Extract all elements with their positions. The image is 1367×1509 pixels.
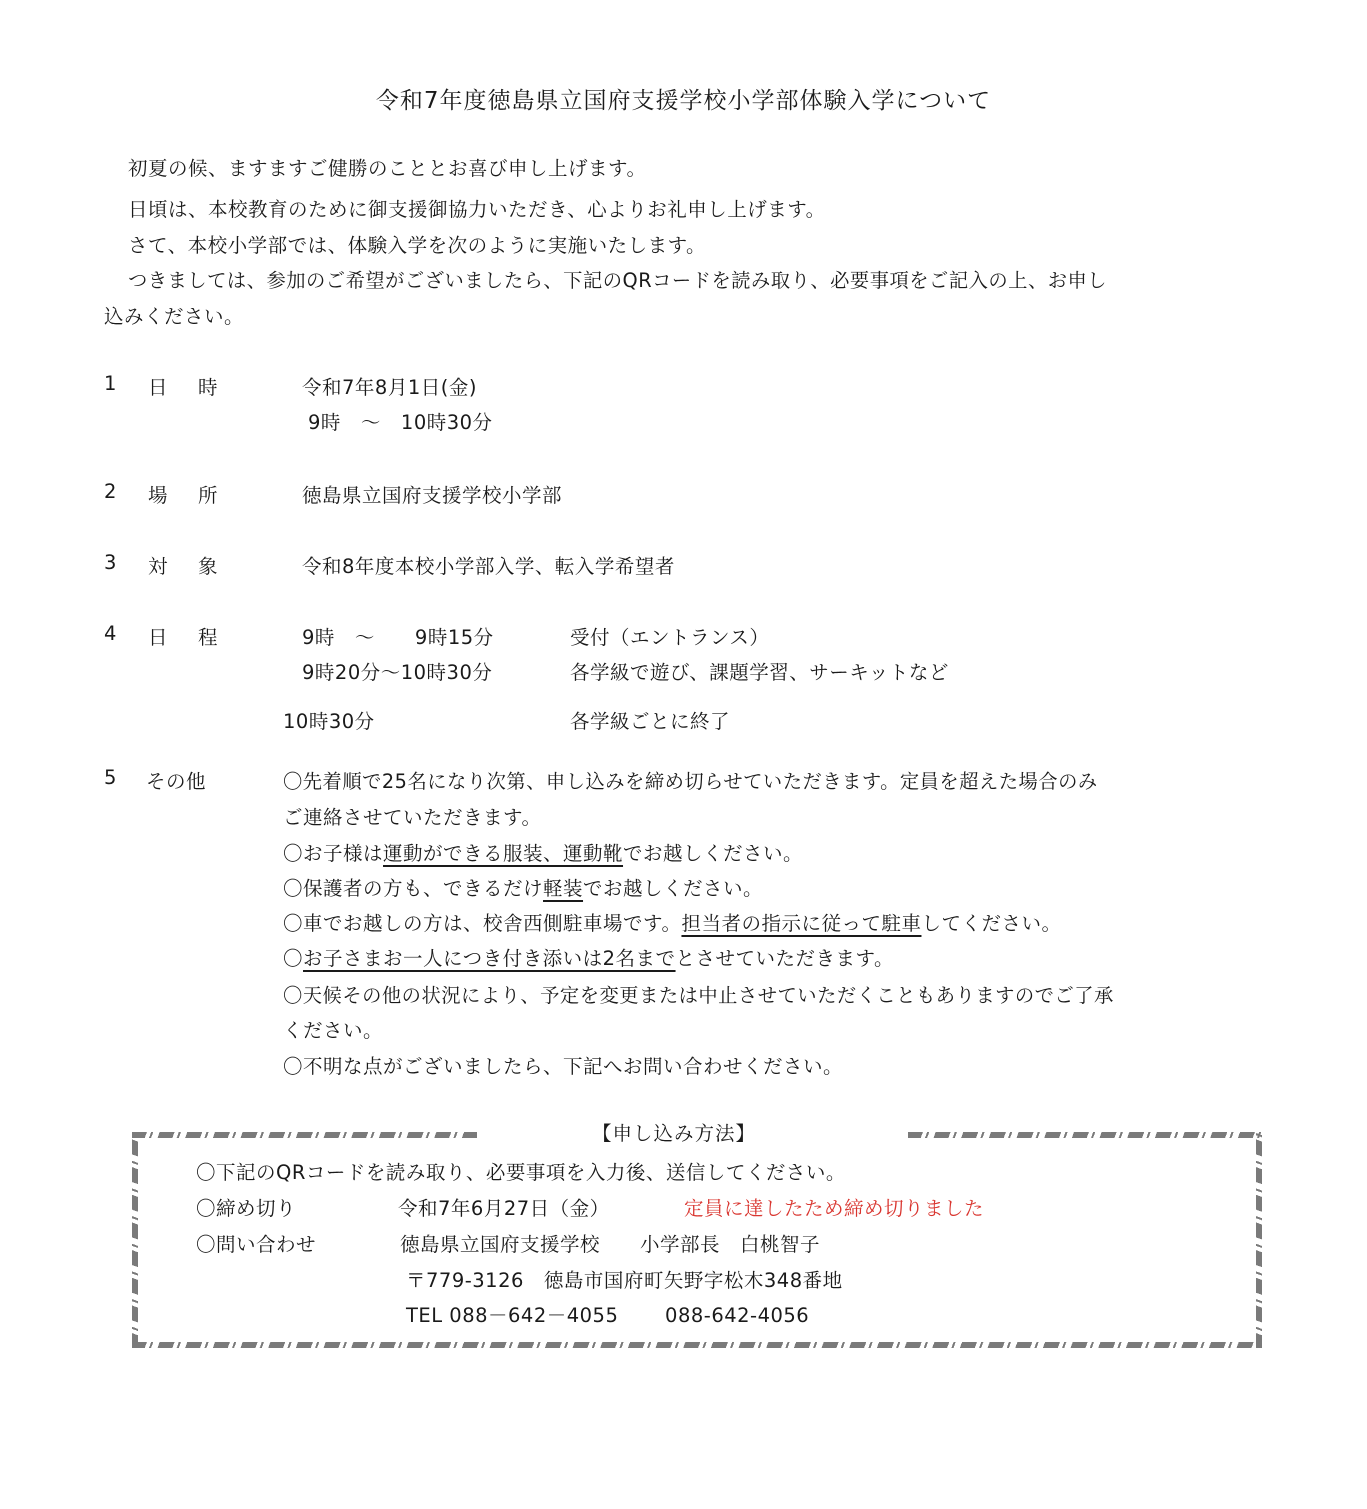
note-text: してください。: [921, 912, 1061, 935]
note-item: 〇不明な点がございましたら、下記へお問い合わせください。: [283, 1051, 843, 1079]
schedule-time: 9時 ～ 9時15分: [302, 622, 494, 650]
box-border-top-right: [908, 1132, 1262, 1138]
section-label: その他: [146, 766, 206, 794]
intro-line: 込みください。: [104, 301, 244, 329]
intro-line: 日頃は、本校教育のために御支援御協力いただき、心よりお礼申し上げます。: [128, 194, 826, 222]
section-label: 対: [148, 551, 168, 579]
note-item: ください。: [283, 1015, 383, 1043]
box-border-left: [132, 1132, 138, 1348]
contact-address: 〒779-3126 徳島市国府町矢野字松木348番地: [406, 1265, 843, 1293]
schedule-activity: 各学級で遊び、課題学習、サーキットなど: [570, 657, 949, 685]
section-label: 日: [148, 372, 168, 400]
schedule-activity: 各学級ごとに終了: [570, 706, 730, 734]
contact-phone: TEL 088－642－4055 088-642-4056: [406, 1300, 809, 1328]
note-text: 〇お子様は: [283, 842, 383, 865]
note-emphasis: 運動ができる服装、運動靴: [383, 842, 623, 865]
note-item: ご連絡させていただきます。: [283, 802, 541, 830]
section-label: 日: [148, 622, 168, 650]
contact-organization: 徳島県立国府支援学校 小学部長 白桃智子: [400, 1229, 820, 1257]
note-emphasis: 軽装: [543, 877, 583, 900]
box-border-top-left: [132, 1132, 477, 1138]
note-item: 〇先着順で25名になり次第、申し込みを締め切らせていただきます。定員を超えた場合…: [283, 766, 1098, 794]
section-number: 2: [104, 480, 117, 503]
event-place: 徳島県立国府支援学校小学部: [302, 480, 562, 508]
note-item: 〇お子様は運動ができる服装、運動靴でお越しください。: [283, 838, 803, 866]
section-label: 所: [198, 480, 218, 508]
application-heading: 【申し込み方法】: [592, 1118, 756, 1146]
note-text: とさせていただきます。: [676, 947, 894, 970]
section-number: 4: [104, 622, 117, 645]
note-text: 〇保護者の方も、できるだけ: [283, 877, 543, 900]
section-number: 3: [104, 551, 117, 574]
schedule-time: 10時30分: [283, 706, 375, 734]
note-text: でお越しください。: [583, 877, 763, 900]
section-label: 象: [198, 551, 218, 579]
note-emphasis: お子さまお一人につき付き添いは2名まで: [303, 947, 676, 970]
contact-label: 〇問い合わせ: [196, 1229, 316, 1257]
application-method: 〇下記のQRコードを読み取り、必要事項を入力後、送信してください。: [196, 1157, 846, 1185]
intro-line: つきましては、参加のご希望がございましたら、下記のQRコードを読み取り、必要事項…: [128, 265, 1107, 293]
note-item: 〇車でお越しの方は、校舎西側駐車場です。担当者の指示に従って駐車してください。: [283, 908, 1061, 936]
intro-line: さて、本校小学部では、体験入学を次のように実施いたします。: [128, 230, 706, 258]
note-item: 〇保護者の方も、できるだけ軽装でお越しください。: [283, 873, 763, 901]
box-border-right: [1256, 1132, 1262, 1348]
section-number: 5: [104, 766, 117, 789]
schedule-time: 9時20分～10時30分: [302, 657, 492, 685]
section-label: 時: [198, 372, 218, 400]
event-time: 9時 ～ 10時30分: [308, 407, 493, 435]
note-text: でお越しください。: [623, 842, 803, 865]
note-text: 〇車でお越しの方は、校舎西側駐車場です。: [283, 912, 681, 935]
event-date: 令和7年8月1日(金): [302, 372, 477, 400]
note-item: 〇お子さまお一人につき付き添いは2名までとさせていただきます。: [283, 943, 894, 971]
deadline-date: 令和7年6月27日（金）: [398, 1193, 610, 1221]
section-label: 場: [148, 480, 168, 508]
section-number: 1: [104, 372, 117, 395]
note-emphasis: 担当者の指示に従って駐車: [681, 912, 921, 935]
event-target: 令和8年度本校小学部入学、転入学希望者: [302, 551, 675, 579]
application-box: 【申し込み方法】 〇下記のQRコードを読み取り、必要事項を入力後、送信してくださ…: [132, 1132, 1262, 1348]
section-label: 程: [198, 622, 218, 650]
page-title: 令和7年度徳島県立国府支援学校小学部体験入学について: [0, 82, 1367, 115]
schedule-activity: 受付（エントランス）: [570, 622, 769, 650]
intro-line: 初夏の候、ますますご健勝のこととお喜び申し上げます。: [128, 153, 646, 181]
deadline-closed-notice: 定員に達したため締め切りました: [684, 1193, 984, 1221]
box-border-bottom: [132, 1342, 1262, 1348]
note-text: 〇: [283, 947, 303, 970]
deadline-label: 〇締め切り: [196, 1193, 296, 1221]
note-item: 〇天候その他の状況により、予定を変更または中止させていただくこともありますのでご…: [283, 980, 1114, 1008]
